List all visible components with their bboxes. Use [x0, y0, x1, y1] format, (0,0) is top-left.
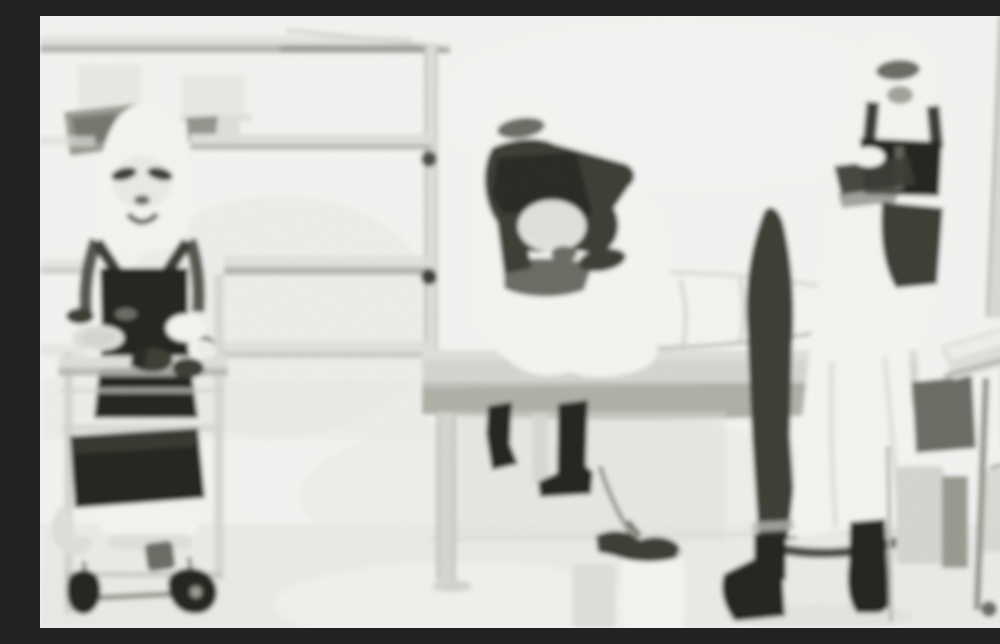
photograph: Grainy black-and-white photograph of thr… [40, 16, 1000, 628]
film-grain [40, 16, 1000, 628]
photo-canvas: Shaded doorway edge at right Wall shelf … [40, 16, 1000, 628]
grain-light [40, 16, 1000, 628]
